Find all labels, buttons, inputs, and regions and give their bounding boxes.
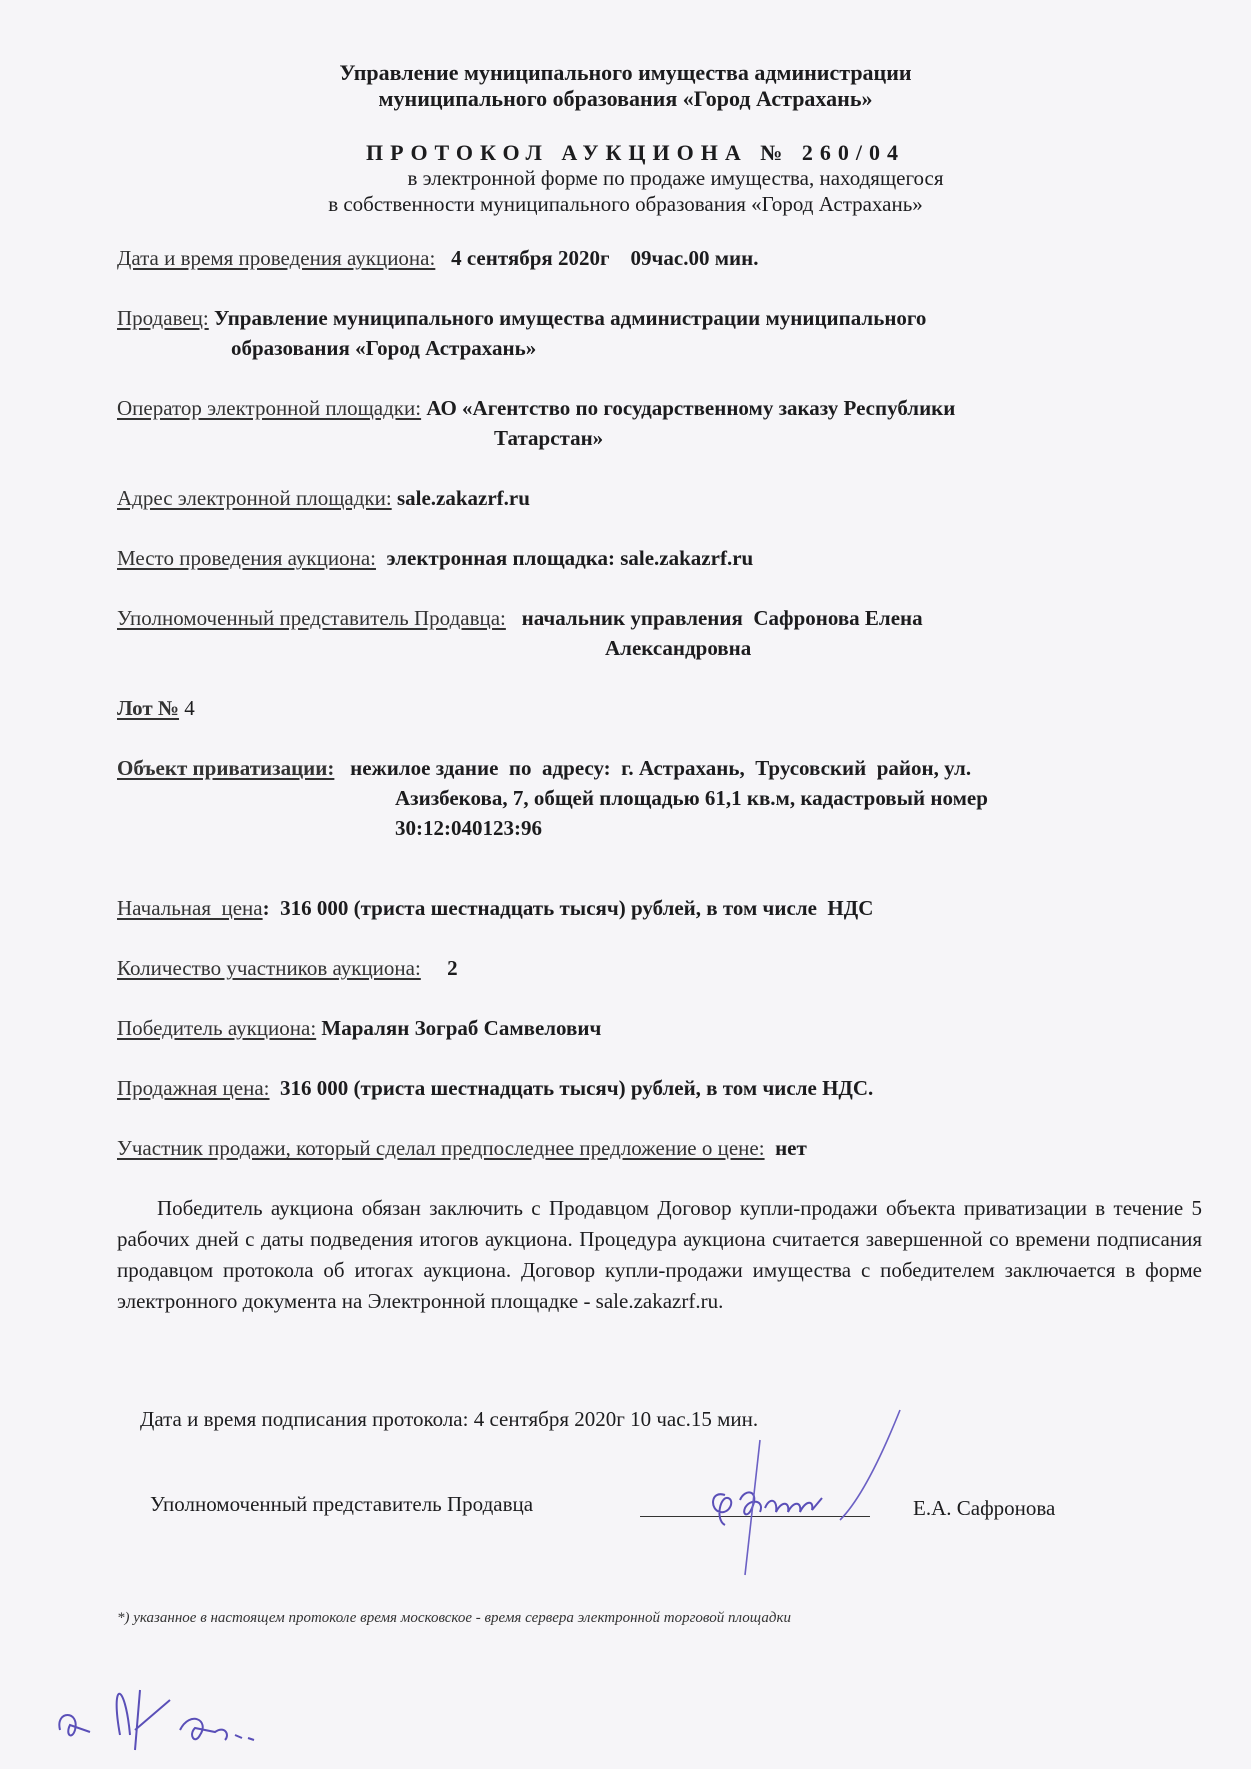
field-seller: Продавец: Управление муниципального имущ… bbox=[117, 306, 926, 331]
label: Количество участников аукциона: bbox=[117, 956, 421, 980]
value: Маралян Зограб Самвелович bbox=[321, 1016, 601, 1040]
field-representative: Уполномоченный представитель Продавца: н… bbox=[117, 606, 923, 631]
label: Оператор электронной площадки: bbox=[117, 396, 421, 420]
field-winner: Победитель аукциона: Маралян Зограб Самв… bbox=[117, 1016, 601, 1041]
signer-name: Е.А. Сафронова bbox=[913, 1496, 1055, 1521]
value: 2 bbox=[447, 956, 458, 980]
document-title: ПРОТОКОЛ АУКЦИОНА № 260/04 bbox=[0, 140, 1251, 166]
value: нет bbox=[775, 1136, 807, 1160]
field-platform-address: Адрес электронной площадки: sale.zakazrf… bbox=[117, 486, 530, 511]
object-value-line3: 30:12:040123:96 bbox=[395, 816, 542, 841]
value-line1: начальник управления Сафронова Елена bbox=[522, 606, 923, 630]
value: электронная площадка: sale.zakazrf.ru bbox=[387, 546, 754, 570]
value-line1: Управление муниципального имущества адми… bbox=[214, 306, 926, 330]
label: Объект приватизации: bbox=[117, 756, 334, 780]
value-line1: нежилое здание по адресу: г. Астрахань, … bbox=[350, 756, 971, 780]
label: Участник продажи, который сделал предпос… bbox=[117, 1136, 765, 1160]
initials-icon bbox=[50, 1640, 290, 1760]
object-value-line2: Азизбекова, 7, общей площадью 61,1 кв.м,… bbox=[395, 786, 988, 811]
seller-value-line2: образования «Город Астрахань» bbox=[231, 336, 536, 361]
label: Дата и время проведения аукциона: bbox=[117, 246, 435, 270]
footnote: *) указанное в настоящем протоколе время… bbox=[117, 1610, 791, 1627]
field-start-price: Начальная цена: 316 000 (триста шестнадц… bbox=[117, 896, 873, 921]
signing-date-line: Дата и время подписания протокола: 4 сен… bbox=[140, 1407, 758, 1432]
label: Продажная цена: bbox=[117, 1076, 270, 1100]
label: Лот № bbox=[117, 696, 179, 720]
org-name-line1: Управление муниципального имущества адми… bbox=[0, 60, 1251, 86]
field-object: Объект приватизации: нежилое здание по а… bbox=[117, 756, 971, 781]
signature-icon bbox=[690, 1400, 920, 1580]
field-venue: Место проведения аукциона: электронная п… bbox=[117, 546, 753, 571]
label: Продавец: bbox=[117, 306, 209, 330]
label: Место проведения аукциона: bbox=[117, 546, 376, 570]
field-sale-price: Продажная цена: 316 000 (триста шестнадц… bbox=[117, 1076, 873, 1101]
label: Уполномоченный представитель Продавца: bbox=[117, 606, 506, 630]
value: : 316 000 (триста шестнадцать тысяч) руб… bbox=[263, 896, 874, 920]
value: 316 000 (триста шестнадцать тысяч) рубле… bbox=[280, 1076, 873, 1100]
terms-paragraph: Победитель аукциона обязан заключить с П… bbox=[117, 1193, 1202, 1317]
value: 4 сентября 2020г 09час.00 мин. bbox=[451, 246, 758, 270]
value: 4 bbox=[184, 696, 195, 720]
field-lot: Лот № 4 bbox=[117, 696, 195, 721]
representative-value-line2: Александровна bbox=[605, 636, 751, 661]
label: Начальная цена bbox=[117, 896, 263, 920]
field-participants: Количество участников аукциона: 2 bbox=[117, 956, 458, 981]
value-line1: АО «Агентство по государственному заказу… bbox=[426, 396, 955, 420]
field-operator: Оператор электронной площадки: АО «Агент… bbox=[117, 396, 955, 421]
operator-value-line2: Татарстан» bbox=[494, 426, 603, 451]
subtitle-line1: в электронной форме по продаже имущества… bbox=[0, 166, 1251, 191]
label: Адрес электронной площадки: bbox=[117, 486, 392, 510]
subtitle-line2: в собственности муниципального образован… bbox=[0, 192, 1251, 217]
field-penultimate-bidder: Участник продажи, который сделал предпос… bbox=[117, 1136, 807, 1161]
signer-label: Уполномоченный представитель Продавца bbox=[150, 1492, 533, 1517]
field-date-time: Дата и время проведения аукциона: 4 сент… bbox=[117, 246, 758, 271]
value: sale.zakazrf.ru bbox=[397, 486, 530, 510]
label: Победитель аукциона: bbox=[117, 1016, 316, 1040]
org-name-line2: муниципального образования «Город Астрах… bbox=[0, 86, 1251, 112]
